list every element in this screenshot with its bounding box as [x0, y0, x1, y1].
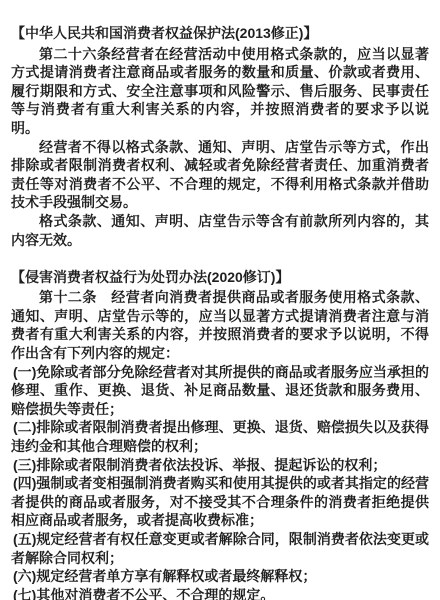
list-item-2: (二)排除或者限制消费者提出修理、更换、退货、赔偿损失以及获得违约金和其他合理赔…	[11, 418, 429, 455]
section-punishment-measures-2020: 【侵害消费者权益行为处罚办法(2020修订)】 第十二条 经营者向消费者提供商品…	[11, 268, 429, 600]
list-item-4: (四)强制或者变相强制消费者购买和使用其提供的或者其指定的经营者提供的商品或者服…	[11, 474, 429, 530]
list-item-1: (一)免除或者部分免除经营者对其所提供的商品或者服务应当承担的修理、重作、更换、…	[11, 363, 429, 419]
section-title-consumer-protection-law: 【中华人民共和国消费者权益保护法(2013修正)】	[11, 24, 429, 43]
list-item-5: (五)规定经营者有权任意变更或者解除合同，限制消费者依法变更或者解除合同权利；	[11, 530, 429, 567]
legal-document-page: 【中华人民共和国消费者权益保护法(2013修正)】 第二十六条经营者在经营活动中…	[0, 0, 440, 600]
list-item-6: (六)规定经营者单方享有解释权或者最终解释权；	[11, 567, 429, 586]
paragraph-article-26-clause-2: 经营者不得以格式条款、通知、声明、店堂告示等方式，作出排除或者限制消费者权利、减…	[11, 138, 429, 212]
list-item-3: (三)排除或者限制消费者依法投诉、举报、提起诉讼的权利；	[11, 456, 429, 475]
section-title-punishment-measures: 【侵害消费者权益行为处罚办法(2020修订)】	[11, 268, 429, 287]
paragraph-article-26-clause-3: 格式条款、通知、声明、店堂告示等含有前款所列内容的，其内容无效。	[11, 212, 429, 249]
paragraph-article-26-clause-1: 第二十六条经营者在经营活动中使用格式条款的，应当以显著方式提请消费者注意商品或者…	[11, 45, 429, 138]
paragraph-article-12-intro: 第十二条 经营者向消费者提供商品或者服务使用格式条款、通知、声明、店堂告示等的，…	[11, 288, 429, 362]
list-item-7: (七)其他对消费者不公平、不合理的规定。	[11, 586, 429, 600]
section-consumer-protection-law-2013: 【中华人民共和国消费者权益保护法(2013修正)】 第二十六条经营者在经营活动中…	[11, 24, 429, 249]
